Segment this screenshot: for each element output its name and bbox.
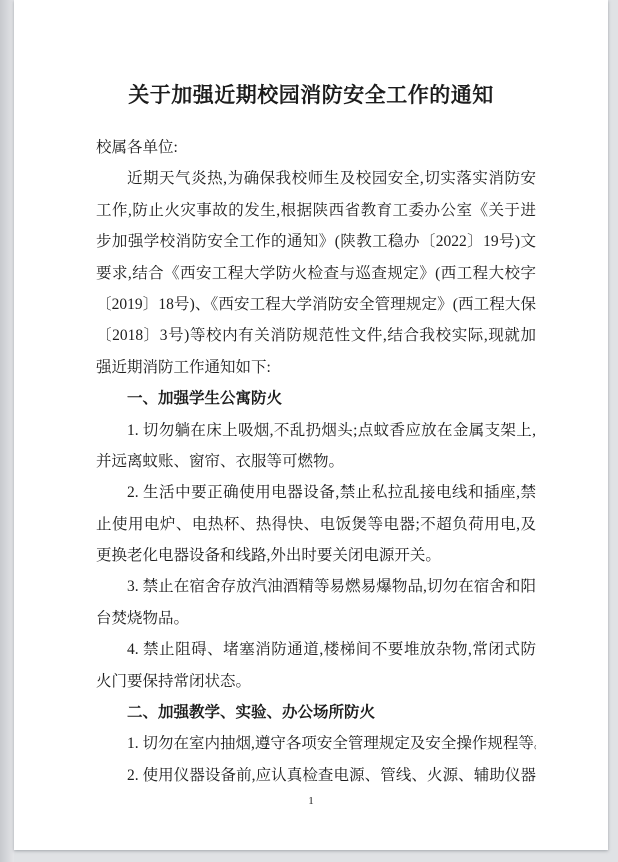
text-line: 更换老化电器设备和线路,外出时要关闭电源开关。 [96, 540, 536, 571]
text-line: 1. 切勿在室内抽烟,遵守各项安全管理规定及安全操作规程等。 [96, 728, 536, 759]
text-line: 火门要保持常闭状态。 [96, 666, 536, 697]
document-viewer: 关于加强近期校园消防安全工作的通知 校属各单位:近期天气炎热,为确保我校师生及校… [0, 0, 618, 862]
document-page: 关于加强近期校园消防安全工作的通知 校属各单位:近期天气炎热,为确保我校师生及校… [14, 0, 608, 850]
text-line: 台焚烧物品。 [96, 603, 536, 634]
text-line: 要求,结合《西安工程大学防火检查与巡查规定》(西工程大校字 [96, 258, 536, 289]
document-body: 校属各单位:近期天气炎热,为确保我校师生及校园安全,切实落实消防安全工作,防止火… [14, 132, 608, 791]
text-line: 并远离蚊账、窗帘、衣服等可燃物。 [96, 446, 536, 477]
text-line: 〔2018〕3号)等校内有关消防规范性文件,结合我校实际,现就加 [96, 320, 536, 351]
text-line: 2. 生活中要正确使用电器设备,禁止私拉乱接电线和插座,禁 [96, 477, 536, 508]
text-line: 工作,防止火灾事故的发生,根据陕西省教育工委办公室《关于进一 [96, 195, 536, 226]
text-line: 止使用电炉、电热杯、热得快、电饭煲等电器;不超负荷用电,及时 [96, 509, 536, 540]
document-title: 关于加强近期校园消防安全工作的通知 [14, 0, 608, 109]
text-line: 近期天气炎热,为确保我校师生及校园安全,切实落实消防安全 [96, 163, 536, 194]
text-line: 3. 禁止在宿舍存放汽油酒精等易燃易爆物品,切勿在宿舍和阳 [96, 571, 536, 602]
section-heading: 一、加强学生公寓防火 [96, 383, 536, 414]
text-line: 步加强学校消防安全工作的通知》(陕教工稳办〔2022〕19号)文件 [96, 226, 536, 257]
text-line: 校属各单位: [96, 132, 536, 163]
text-line: 〔2019〕18号)、《西安工程大学消防安全管理规定》(西工程大保字 [96, 289, 536, 320]
text-line: 1. 切勿躺在床上吸烟,不乱扔烟头;点蚊香应放在金属支架上, [96, 415, 536, 446]
text-line: 强近期消防工作通知如下: [96, 352, 536, 383]
section-heading: 二、加强教学、实验、办公场所防火 [96, 697, 536, 728]
text-line: 2. 使用仪器设备前,应认真检查电源、管线、火源、辅助仪器 [96, 760, 536, 791]
page-number: 1 [14, 795, 608, 807]
text-line: 4. 禁止阻碍、堵塞消防通道,楼梯间不要堆放杂物,常闭式防 [96, 634, 536, 665]
